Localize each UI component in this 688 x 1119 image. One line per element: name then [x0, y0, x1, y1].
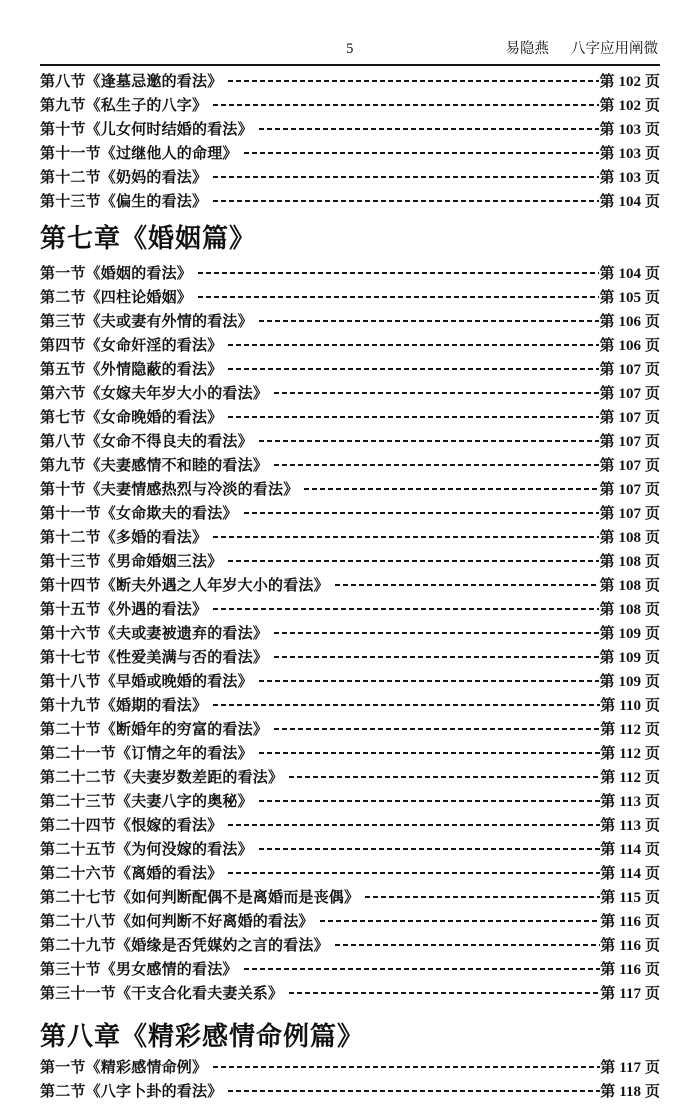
dotted-leader	[259, 800, 600, 802]
page-value: 102	[614, 98, 645, 114]
page-prefix: 第	[599, 313, 614, 330]
page-value: 107	[614, 410, 645, 426]
page-suffix: 页	[645, 913, 660, 930]
page-suffix: 页	[645, 649, 660, 666]
page-suffix: 页	[645, 697, 660, 714]
page-value: 110	[615, 698, 645, 714]
page-prefix: 第	[599, 193, 614, 210]
toc-entry-title: 第十节《儿女何时结婚的看法》	[40, 118, 253, 139]
page-value: 112	[615, 722, 645, 738]
toc-entry-page: 第112页	[600, 718, 660, 739]
toc-entry-title: 第二十三节《夫妻八字的奥秘》	[40, 790, 253, 811]
page-prefix: 第	[599, 601, 614, 618]
page-prefix: 第	[599, 361, 614, 378]
page-value: 107	[614, 482, 645, 498]
toc-entry-title: 第十四节《断夫外遇之人年岁大小的看法》	[40, 574, 329, 595]
page-value: 103	[614, 146, 645, 162]
toc-entry-page: 第104页	[599, 190, 660, 211]
toc-entry: 第十八节《早婚或晚婚的看法》第109页	[40, 668, 660, 692]
page-suffix: 页	[645, 337, 660, 354]
page-value: 112	[615, 770, 645, 786]
page-suffix: 页	[645, 193, 660, 210]
page-value: 105	[614, 290, 645, 306]
toc-entry-page: 第107页	[599, 478, 660, 499]
toc-entry-page: 第117页	[600, 982, 660, 1003]
toc-entry-page: 第106页	[599, 334, 660, 355]
page-suffix: 页	[645, 961, 660, 978]
page-suffix: 页	[645, 1059, 660, 1076]
toc-entry-page: 第113页	[600, 790, 660, 811]
toc-entry-page: 第104页	[599, 262, 660, 283]
toc-entry-title: 第十一节《过继他人的命理》	[40, 142, 238, 163]
page-suffix: 页	[645, 145, 660, 162]
toc-entry-page: 第105页	[599, 286, 660, 307]
toc-entry: 第十一节《过继他人的命理》第103页	[40, 140, 660, 164]
toc-entry-page: 第106页	[599, 310, 660, 331]
dotted-leader	[259, 320, 600, 322]
page-value: 112	[615, 746, 645, 762]
toc-entry-page: 第109页	[599, 622, 660, 643]
page-prefix: 第	[600, 745, 615, 762]
toc-entry-page: 第107页	[599, 382, 660, 403]
toc-entry-page: 第107页	[599, 502, 660, 523]
page-suffix: 页	[645, 937, 660, 954]
book-title: 八字应用阐微	[571, 41, 658, 57]
dotted-leader	[274, 656, 599, 658]
toc-entry-page: 第107页	[599, 454, 660, 475]
page-suffix: 页	[645, 385, 660, 402]
toc-entry: 第十二节《多婚的看法》第108页	[40, 524, 660, 548]
toc-entry-page: 第109页	[599, 670, 660, 691]
page-prefix: 第	[599, 289, 614, 306]
toc-entry: 第八节《女命不得良夫的看法》第107页	[40, 428, 660, 452]
page-prefix: 第	[599, 385, 614, 402]
dotted-leader	[259, 848, 600, 850]
toc-entry: 第二十四节《恨嫁的看法》第113页	[40, 812, 660, 836]
toc-entry-title: 第十二节《多婚的看法》	[40, 526, 207, 547]
dotted-leader	[259, 752, 600, 754]
toc-entry-title: 第二十二节《夫妻岁数差距的看法》	[40, 766, 283, 787]
page-value: 113	[615, 818, 645, 834]
toc-entry-title: 第十八节《早婚或晚婚的看法》	[40, 670, 253, 691]
dotted-leader	[228, 560, 599, 562]
page-prefix: 第	[600, 913, 615, 930]
toc-entry: 第二十九节《婚缘是否凭媒妁之言的看法》第116页	[40, 932, 660, 956]
toc-entry: 第二十五节《为何没嫁的看法》第114页	[40, 836, 660, 860]
page-prefix: 第	[599, 529, 614, 546]
page-prefix: 第	[599, 121, 614, 138]
toc-entry-title: 第一节《婚姻的看法》	[40, 262, 192, 283]
toc-entry-title: 第十三节《偏生的看法》	[40, 190, 207, 211]
toc-entry-page: 第109页	[599, 646, 660, 667]
page-suffix: 页	[645, 601, 660, 618]
toc-entry: 第十五节《外遇的看法》第108页	[40, 596, 660, 620]
toc-entry: 第九节《私生子的八字》第102页	[40, 92, 660, 116]
page-suffix: 页	[645, 721, 660, 738]
toc-entry-title: 第二十一节《订情之年的看法》	[40, 742, 253, 763]
toc-entry-title: 第十一节《女命欺夫的看法》	[40, 502, 238, 523]
page-value: 108	[614, 530, 645, 546]
page-value: 107	[614, 434, 645, 450]
page-suffix: 页	[645, 817, 660, 834]
dotted-leader	[244, 512, 600, 514]
page-suffix: 页	[645, 73, 660, 90]
page-prefix: 第	[600, 889, 615, 906]
page-suffix: 页	[645, 289, 660, 306]
page-value: 108	[614, 554, 645, 570]
page-value: 104	[614, 194, 645, 210]
page-value: 113	[615, 794, 645, 810]
toc-entry: 第十三节《男命婚姻三法》第108页	[40, 548, 660, 572]
toc-entry: 第二十八节《如何判断不好离婚的看法》第116页	[40, 908, 660, 932]
toc-entry-page: 第107页	[599, 430, 660, 451]
dotted-leader	[244, 968, 601, 970]
dotted-leader	[198, 272, 599, 274]
toc-entry-title: 第十五节《外遇的看法》	[40, 598, 207, 619]
toc-list: 第八节《逢墓忌邀的看法》第102页第九节《私生子的八字》第102页第十节《儿女何…	[40, 66, 660, 1102]
toc-entry-title: 第十九节《婚期的看法》	[40, 694, 207, 715]
toc-entry-page: 第102页	[599, 94, 660, 115]
toc-entry-title: 第二十九节《婚缘是否凭媒妁之言的看法》	[40, 934, 329, 955]
toc-entry: 第十四节《断夫外遇之人年岁大小的看法》第108页	[40, 572, 660, 596]
toc-entry-title: 第七节《女命晚婚的看法》	[40, 406, 222, 427]
toc-entry-page: 第112页	[600, 766, 660, 787]
toc-entry: 第二十二节《夫妻岁数差距的看法》第112页	[40, 764, 660, 788]
page-prefix: 第	[600, 1059, 615, 1076]
toc-entry: 第七节《女命晚婚的看法》第107页	[40, 404, 660, 428]
toc-entry: 第十七节《性爱美满与否的看法》第109页	[40, 644, 660, 668]
page-value: 109	[614, 674, 645, 690]
page-suffix: 页	[645, 361, 660, 378]
dotted-leader	[259, 128, 600, 130]
page-value: 109	[614, 650, 645, 666]
page-value: 108	[614, 602, 645, 618]
dotted-leader	[335, 584, 600, 586]
toc-entry-page: 第110页	[600, 694, 660, 715]
page-prefix: 第	[600, 961, 615, 978]
toc-entry: 第八节《逢墓忌邀的看法》第102页	[40, 68, 660, 92]
toc-entry: 第一节《婚姻的看法》第104页	[40, 260, 660, 284]
dotted-leader	[274, 464, 599, 466]
toc-entry-page: 第108页	[599, 550, 660, 571]
toc-entry-page: 第114页	[600, 862, 660, 883]
page-suffix: 页	[645, 529, 660, 546]
toc-entry-page: 第102页	[599, 70, 660, 91]
dotted-leader	[228, 1090, 600, 1092]
page-suffix: 页	[645, 265, 660, 282]
page-value: 114	[615, 866, 645, 882]
toc-entry: 第六节《女嫁夫年岁大小的看法》第107页	[40, 380, 660, 404]
page-suffix: 页	[645, 841, 660, 858]
toc-entry-title: 第九节《夫妻感情不和睦的看法》	[40, 454, 268, 475]
toc-entry: 第二十七节《如何判断配偶不是离婚而是丧偶》第115页	[40, 884, 660, 908]
page-suffix: 页	[645, 121, 660, 138]
toc-entry: 第二十节《断婚年的穷富的看法》第112页	[40, 716, 660, 740]
chapter-heading: 第七章《婚姻篇》	[40, 222, 660, 256]
toc-entry-title: 第二十八节《如何判断不好离婚的看法》	[40, 910, 314, 931]
toc-entry-title: 第一节《精彩感情命例》	[40, 1056, 207, 1077]
book-author: 易隐燕	[506, 41, 550, 57]
toc-entry: 第四节《女命奸淫的看法》第106页	[40, 332, 660, 356]
dotted-leader	[213, 176, 599, 178]
toc-entry-page: 第117页	[600, 1056, 660, 1077]
dotted-leader	[289, 992, 600, 994]
page-value: 116	[615, 938, 645, 954]
page-prefix: 第	[600, 1083, 615, 1100]
page-prefix: 第	[600, 769, 615, 786]
dotted-leader	[198, 296, 599, 298]
toc-entry-page: 第116页	[600, 934, 660, 955]
page-prefix: 第	[600, 793, 615, 810]
toc-entry-title: 第三十节《男女感情的看法》	[40, 958, 238, 979]
page-suffix: 页	[645, 313, 660, 330]
toc-entry: 第二十三节《夫妻八字的奥秘》第113页	[40, 788, 660, 812]
toc-entry: 第二十六节《离婚的看法》第114页	[40, 860, 660, 884]
page-prefix: 第	[600, 841, 615, 858]
page-suffix: 页	[645, 745, 660, 762]
page-prefix: 第	[599, 673, 614, 690]
toc-entry-page: 第108页	[599, 598, 660, 619]
page-suffix: 页	[645, 1083, 660, 1100]
dotted-leader	[228, 416, 599, 418]
toc-entry: 第十二节《奶妈的看法》第103页	[40, 164, 660, 188]
page-suffix: 页	[645, 889, 660, 906]
page-suffix: 页	[645, 625, 660, 642]
toc-entry-title: 第十六节《夫或妻被遗弃的看法》	[40, 622, 268, 643]
toc-entry: 第十一节《女命欺夫的看法》第107页	[40, 500, 660, 524]
dotted-leader	[259, 440, 600, 442]
toc-entry: 第三十节《男女感情的看法》第116页	[40, 956, 660, 980]
page-prefix: 第	[599, 145, 614, 162]
dotted-leader	[289, 776, 600, 778]
toc-entry: 第五节《外情隐蔽的看法》第107页	[40, 356, 660, 380]
toc-entry-title: 第二节《四柱论婚姻》	[40, 286, 192, 307]
toc-entry-title: 第八节《女命不得良夫的看法》	[40, 430, 253, 451]
toc-entry-page: 第116页	[600, 910, 660, 931]
page-suffix: 页	[645, 985, 660, 1002]
page-suffix: 页	[645, 409, 660, 426]
toc-entry: 第十九节《婚期的看法》第110页	[40, 692, 660, 716]
page-prefix: 第	[599, 337, 614, 354]
page-prefix: 第	[599, 409, 614, 426]
page-value: 108	[614, 578, 645, 594]
toc-entry: 第十三节《偏生的看法》第104页	[40, 188, 660, 212]
toc-entry-title: 第五节《外情隐蔽的看法》	[40, 358, 222, 379]
dotted-leader	[244, 152, 600, 154]
toc-entry-page: 第113页	[600, 814, 660, 835]
toc-entry: 第十六节《夫或妻被遗弃的看法》第109页	[40, 620, 660, 644]
page-header: 5 易隐燕八字应用阐微	[40, 40, 660, 59]
page-value: 106	[614, 314, 645, 330]
toc-entry: 第二节《八字卜卦的看法》第118页	[40, 1078, 660, 1102]
dotted-leader	[228, 824, 600, 826]
toc-entry-title: 第二十六节《离婚的看法》	[40, 862, 222, 883]
page-suffix: 页	[645, 793, 660, 810]
toc-entry: 第二节《四柱论婚姻》第105页	[40, 284, 660, 308]
page-value: 107	[614, 506, 645, 522]
toc-entry: 第三节《夫或妻有外情的看法》第106页	[40, 308, 660, 332]
toc-entry-page: 第115页	[600, 886, 660, 907]
dotted-leader	[320, 920, 601, 922]
toc-entry-page: 第108页	[599, 526, 660, 547]
page-value: 109	[614, 626, 645, 642]
page-prefix: 第	[600, 817, 615, 834]
page-suffix: 页	[645, 673, 660, 690]
toc-entry-page: 第107页	[599, 358, 660, 379]
page-prefix: 第	[599, 481, 614, 498]
page-prefix: 第	[599, 433, 614, 450]
dotted-leader	[213, 608, 599, 610]
dotted-leader	[274, 632, 599, 634]
toc-entry: 第九节《夫妻感情不和睦的看法》第107页	[40, 452, 660, 476]
page-value: 107	[614, 386, 645, 402]
dotted-leader	[335, 944, 600, 946]
toc-entry-title: 第十节《夫妻情感热烈与冷淡的看法》	[40, 478, 298, 499]
toc-entry: 第三十一节《干支合化看夫妻关系》第117页	[40, 980, 660, 1004]
page-value: 107	[614, 458, 645, 474]
toc-entry-page: 第114页	[600, 838, 660, 859]
toc-entry-title: 第六节《女嫁夫年岁大小的看法》	[40, 382, 268, 403]
page-suffix: 页	[645, 481, 660, 498]
toc-entry: 第十节《夫妻情感热烈与冷淡的看法》第107页	[40, 476, 660, 500]
page-value: 103	[614, 170, 645, 186]
page-prefix: 第	[599, 577, 614, 594]
page-suffix: 页	[645, 505, 660, 522]
toc-entry-title: 第九节《私生子的八字》	[40, 94, 207, 115]
page-value: 117	[615, 1060, 645, 1076]
dotted-leader	[228, 872, 600, 874]
toc-entry: 第十节《儿女何时结婚的看法》第103页	[40, 116, 660, 140]
toc-entry-title: 第二十节《断婚年的穷富的看法》	[40, 718, 268, 739]
dotted-leader	[213, 200, 599, 202]
page-prefix: 第	[600, 721, 615, 738]
chapter-heading: 第八章《精彩感情命例篇》	[40, 1020, 660, 1054]
page-suffix: 页	[645, 577, 660, 594]
page-prefix: 第	[600, 865, 615, 882]
page-suffix: 页	[645, 457, 660, 474]
toc-entry-title: 第八节《逢墓忌邀的看法》	[40, 70, 222, 91]
toc-entry-title: 第二十五节《为何没嫁的看法》	[40, 838, 253, 859]
page-prefix: 第	[599, 649, 614, 666]
page-value: 114	[615, 842, 645, 858]
page-value: 116	[615, 962, 645, 978]
page-suffix: 页	[645, 169, 660, 186]
toc-entry-title: 第四节《女命奸淫的看法》	[40, 334, 222, 355]
dotted-leader	[274, 392, 599, 394]
toc-entry-page: 第103页	[599, 166, 660, 187]
page-prefix: 第	[599, 505, 614, 522]
page-value: 106	[614, 338, 645, 354]
page-value: 118	[615, 1084, 645, 1100]
toc-page: 5 易隐燕八字应用阐微 第八节《逢墓忌邀的看法》第102页第九节《私生子的八字》…	[0, 0, 688, 1119]
dotted-leader	[274, 728, 600, 730]
page-value: 103	[614, 122, 645, 138]
page-value: 116	[615, 914, 645, 930]
page-prefix: 第	[599, 625, 614, 642]
toc-entry-title: 第二十七节《如何判断配偶不是离婚而是丧偶》	[40, 886, 359, 907]
dotted-leader	[213, 536, 599, 538]
page-prefix: 第	[599, 265, 614, 282]
toc-entry-title: 第三节《夫或妻有外情的看法》	[40, 310, 253, 331]
page-prefix: 第	[600, 937, 615, 954]
toc-entry-page: 第103页	[599, 118, 660, 139]
page-prefix: 第	[599, 73, 614, 90]
dotted-leader	[228, 80, 599, 82]
toc-entry-page: 第118页	[600, 1080, 660, 1101]
page-value: 102	[614, 74, 645, 90]
toc-entry-page: 第103页	[599, 142, 660, 163]
dotted-leader	[213, 704, 600, 706]
toc-entry: 第二十一节《订情之年的看法》第112页	[40, 740, 660, 764]
dotted-leader	[259, 680, 600, 682]
toc-entry-page: 第116页	[600, 958, 660, 979]
page-prefix: 第	[600, 985, 615, 1002]
page-value: 117	[615, 986, 645, 1002]
dotted-leader	[365, 896, 600, 898]
dotted-leader	[228, 344, 599, 346]
page-suffix: 页	[645, 865, 660, 882]
page-prefix: 第	[599, 457, 614, 474]
dotted-leader	[228, 368, 599, 370]
page-value: 107	[614, 362, 645, 378]
toc-entry-title: 第十二节《奶妈的看法》	[40, 166, 207, 187]
dotted-leader	[213, 1066, 600, 1068]
toc-entry-title: 第三十一节《干支合化看夫妻关系》	[40, 982, 283, 1003]
dotted-leader	[304, 488, 599, 490]
toc-entry-page: 第107页	[599, 406, 660, 427]
toc-entry-title: 第十三节《男命婚姻三法》	[40, 550, 222, 571]
page-prefix: 第	[599, 97, 614, 114]
page-prefix: 第	[600, 697, 615, 714]
toc-entry-title: 第十七节《性爱美满与否的看法》	[40, 646, 268, 667]
page-prefix: 第	[599, 169, 614, 186]
page-suffix: 页	[645, 433, 660, 450]
page-value: 104	[614, 266, 645, 282]
running-title: 易隐燕八字应用阐微	[506, 40, 659, 59]
toc-entry-title: 第二节《八字卜卦的看法》	[40, 1080, 222, 1101]
toc-entry: 第一节《精彩感情命例》第117页	[40, 1054, 660, 1078]
dotted-leader	[213, 104, 599, 106]
toc-entry-page: 第108页	[599, 574, 660, 595]
page-suffix: 页	[645, 97, 660, 114]
page-prefix: 第	[599, 553, 614, 570]
page-suffix: 页	[645, 553, 660, 570]
toc-entry-page: 第112页	[600, 742, 660, 763]
page-value: 115	[615, 890, 645, 906]
toc-entry-title: 第二十四节《恨嫁的看法》	[40, 814, 222, 835]
page-suffix: 页	[645, 769, 660, 786]
